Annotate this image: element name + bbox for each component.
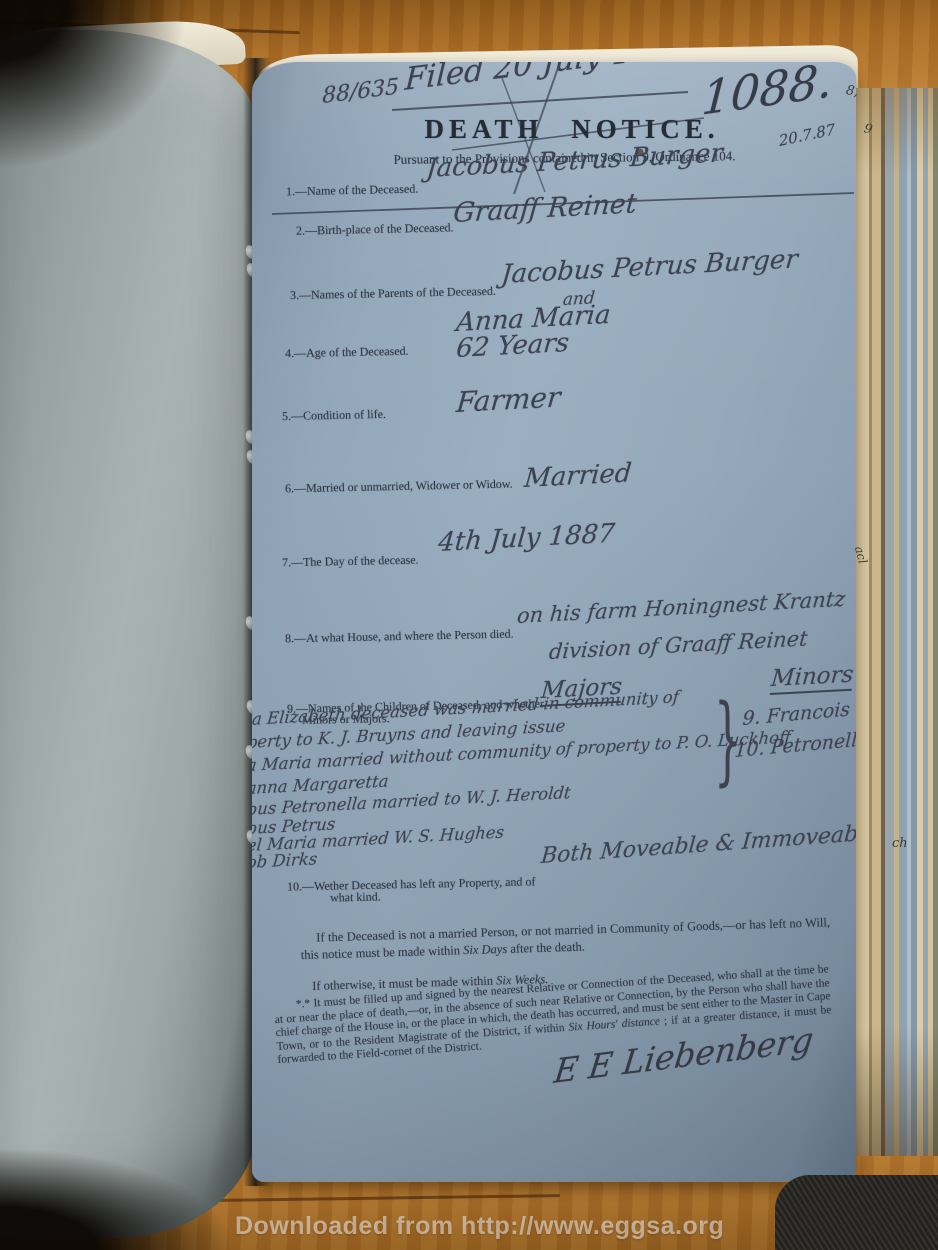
photo-of-archive-book: 88/635 Filed 20 July 1887 1088. 20.7.87 … bbox=[0, 0, 938, 1250]
note-1-tail: after the death. bbox=[507, 940, 585, 956]
field-7-label: 7.—The Day of the decease. bbox=[282, 553, 419, 571]
death-notice-form: 88/635 Filed 20 July 1887 1088. 20.7.87 … bbox=[252, 62, 856, 1182]
page-edge-stack bbox=[853, 88, 938, 1156]
watermark: Downloaded from http://www.eggsa.org bbox=[235, 1212, 715, 1241]
field-1-label: 1.—Name of the Deceased. bbox=[286, 182, 419, 200]
edge-mark-ch: ch bbox=[892, 836, 908, 851]
note-1-sixdays: Six Days bbox=[463, 942, 507, 957]
child-entry: ob Dirks bbox=[252, 849, 318, 872]
shadow-top-left bbox=[0, 0, 190, 170]
fabric-bottom-right bbox=[775, 1175, 938, 1250]
left-page bbox=[0, 30, 256, 1238]
shadow-bottom-left bbox=[0, 1150, 230, 1250]
field-4-label: 4.—Age of the Deceased. bbox=[285, 344, 409, 362]
field-5-label: 5.—Condition of life. bbox=[282, 407, 386, 424]
edge-mark-8: 8, bbox=[845, 83, 860, 100]
minors-heading: Minors bbox=[770, 662, 855, 692]
field-4-value: 62 Years bbox=[455, 328, 570, 364]
field-6-value: Married bbox=[523, 458, 633, 494]
field-10-label-line2: what kind. bbox=[330, 889, 381, 905]
minors-heading-text: Minors bbox=[770, 662, 855, 695]
field-5-value: Farmer bbox=[455, 380, 562, 419]
